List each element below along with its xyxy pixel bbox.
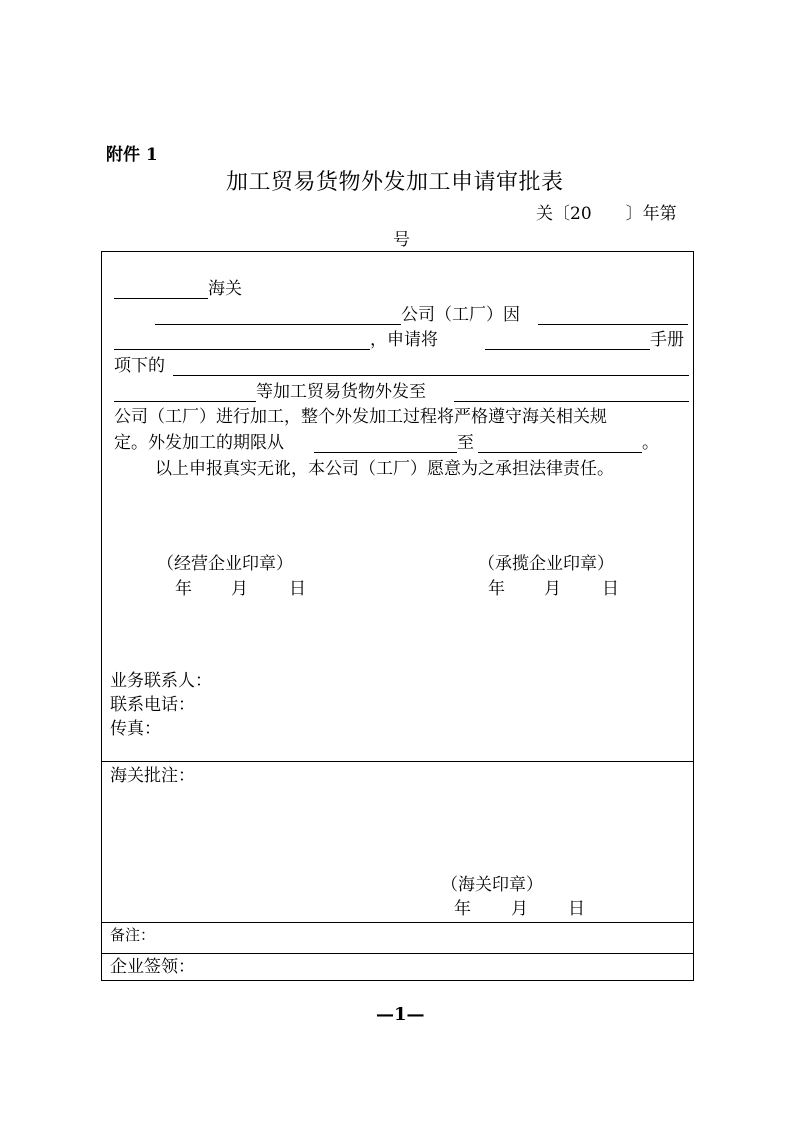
- goods-blank-2[interactable]: [114, 401, 256, 402]
- date-year-right: 年: [488, 581, 505, 598]
- period-from-label: 定。外发加工的期限从: [114, 435, 284, 452]
- date-month-left: 月: [231, 581, 248, 598]
- customs-date-year: 年: [454, 901, 471, 918]
- contact-person-label: 业务联系人：: [110, 673, 212, 690]
- signature-divider: [102, 953, 693, 954]
- goods-blank-1[interactable]: [173, 375, 689, 376]
- page-number: —1—: [376, 1006, 425, 1024]
- document-number-suffix: 号: [393, 232, 410, 249]
- date-day-right: 日: [602, 581, 619, 598]
- period-end-punct: 。: [642, 435, 659, 452]
- period-end-blank[interactable]: [478, 452, 642, 453]
- date-day-left: 日: [289, 581, 306, 598]
- application-form-table: 海关 公司（工厂）因 ，申请将 手册 项下的 等加工贸易货物外发至 公司（工厂）…: [101, 251, 694, 981]
- operating-enterprise-seal-label: （经营企业印章）: [157, 556, 293, 573]
- manual-number-blank[interactable]: [485, 349, 650, 350]
- fax-label: 传真：: [110, 721, 161, 738]
- document-number-prefix: 关〔20 〕年第: [536, 206, 677, 223]
- customs-suffix-label: 海关: [208, 281, 242, 298]
- processing-statement: 公司（工厂）进行加工，整个外发加工过程将严格遵守海关相关规: [114, 409, 607, 426]
- apply-label: ，申请将: [370, 332, 438, 349]
- phone-label: 联系电话：: [110, 697, 195, 714]
- reason-blank-2[interactable]: [114, 349, 370, 350]
- reason-blank-1[interactable]: [538, 324, 688, 325]
- notes-label: 备注：: [110, 928, 155, 943]
- date-month-right: 月: [544, 581, 561, 598]
- customs-date-month: 月: [511, 901, 528, 918]
- enterprise-signature-label: 企业签领：: [110, 959, 195, 976]
- customs-date-day: 日: [568, 901, 585, 918]
- company-name-blank[interactable]: [155, 324, 401, 325]
- period-to-label: 至: [457, 435, 474, 452]
- attachment-label: 附件 1: [106, 147, 158, 164]
- manual-label: 手册: [650, 332, 684, 349]
- section-divider: [102, 761, 693, 762]
- declaration-statement: 以上申报真实无讹，本公司（工厂）愿意为之承担法律责任。: [155, 461, 614, 478]
- customs-name-blank[interactable]: [114, 298, 208, 299]
- company-factory-because-label: 公司（工厂）因: [401, 307, 520, 324]
- under-label: 项下的: [114, 358, 165, 375]
- period-start-blank[interactable]: [314, 452, 457, 453]
- destination-company-blank[interactable]: [454, 401, 689, 402]
- customs-remark-label: 海关批注：: [110, 768, 195, 785]
- notes-divider: [102, 922, 693, 923]
- customs-seal-label: （海关印章）: [441, 877, 543, 894]
- contractor-enterprise-seal-label: （承揽企业印章）: [478, 556, 614, 573]
- date-year-left: 年: [175, 581, 192, 598]
- goods-outsource-label: 等加工贸易货物外发至: [256, 384, 426, 401]
- page-title: 加工贸易货物外发加工申请审批表: [226, 172, 564, 194]
